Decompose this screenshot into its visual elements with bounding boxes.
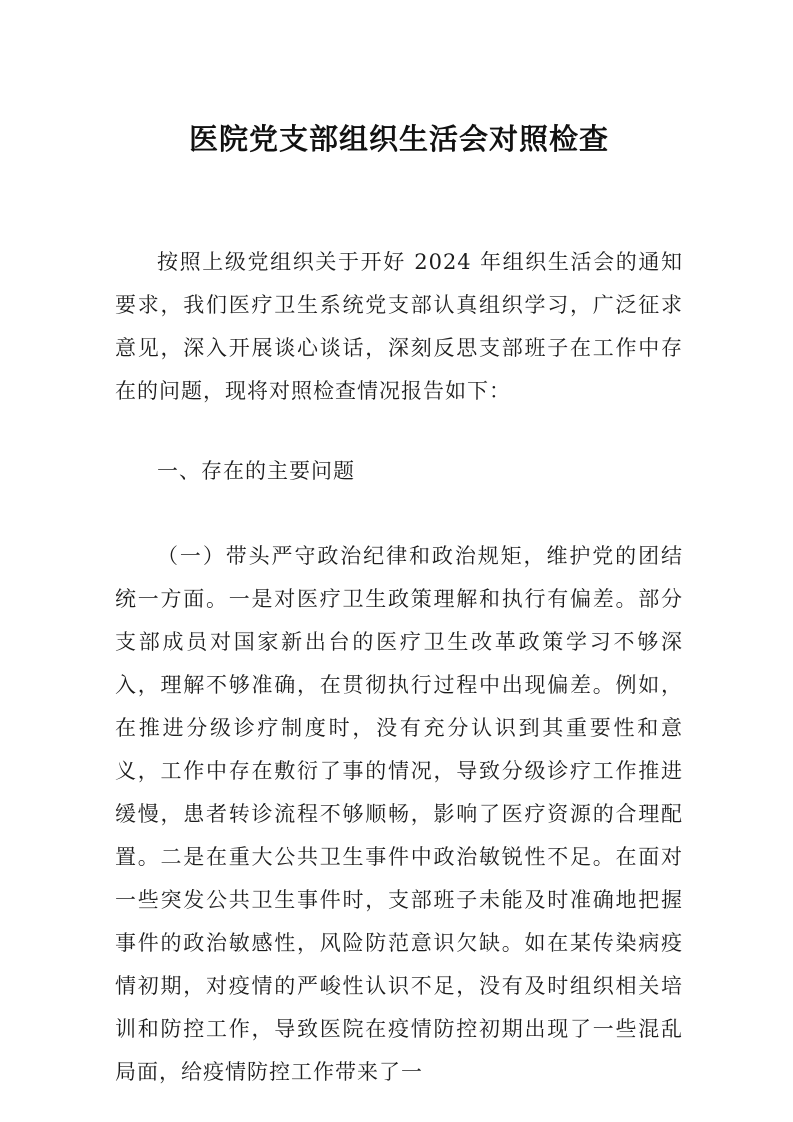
document-title: 医院党支部组织生活会对照检查 bbox=[115, 118, 683, 161]
section1-paragraph-political-discipline: （一）带头严守政治纪律和政治规矩，维护党的团结统一方面。一是对医疗卫生政策理解和… bbox=[115, 535, 683, 1094]
section-heading-main-problems: 一、存在的主要问题 bbox=[115, 450, 683, 493]
intro-paragraph: 按照上级党组织关于开好 2024 年组织生活会的通知要求，我们医疗卫生系统党支部… bbox=[115, 241, 683, 413]
document-page: 医院党支部组织生活会对照检查 按照上级党组织关于开好 2024 年组织生活会的通… bbox=[0, 0, 793, 1122]
